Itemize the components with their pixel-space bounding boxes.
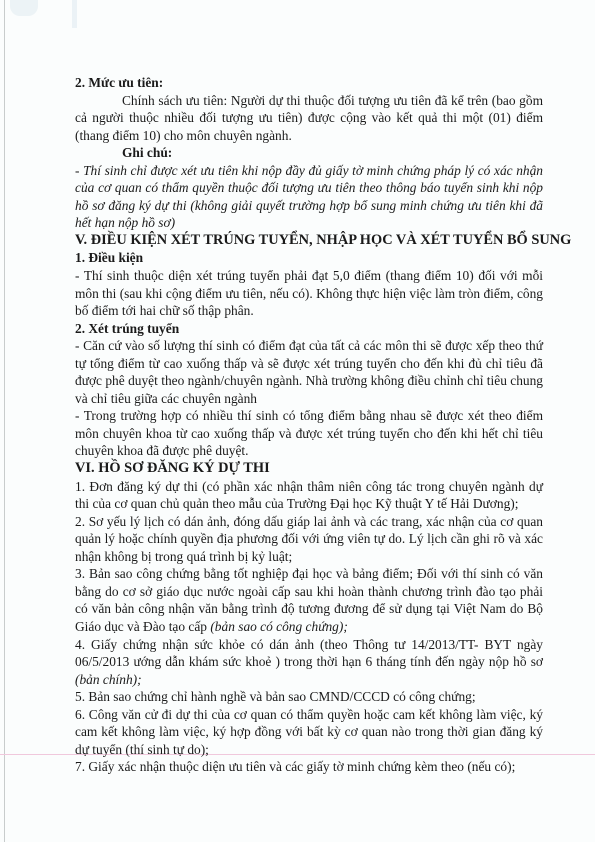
dossier-item-text: 4. Giấy chứng nhận sức khỏe có dán ảnh (… <box>75 637 543 670</box>
document-page: 2. Mức ưu tiên: Chính sách ưu tiên: Ngườ… <box>75 74 543 776</box>
admission-paragraph: - Căn cứ vào số lượng thí sinh có điểm đ… <box>75 337 543 407</box>
dossier-item-text: 7. Giấy xác nhận thuộc diện ưu tiên và c… <box>75 759 515 774</box>
dossier-item: 6. Công văn cử đi dự thi của cơ quan có … <box>75 706 543 759</box>
section-v-heading: V. ĐIỀU KIỆN XÉT TRÚNG TUYỂN, NHẬP HỌC V… <box>75 232 543 250</box>
dossier-item: 3. Bản sao công chứng bằng tốt nghiệp đạ… <box>75 565 543 635</box>
conditions-heading: 1. Điều kiện <box>75 249 543 267</box>
note-label: Ghi chú: <box>75 144 543 162</box>
dossier-item: 1. Đơn đăng ký dự thi (có phần xác nhận … <box>75 478 543 513</box>
dossier-item: 5. Bản sao chứng chỉ hành nghề và bản sa… <box>75 688 543 706</box>
conditions-text: - Thí sinh thuộc diện xét trúng tuyển ph… <box>75 267 543 320</box>
priority-policy-text: Chính sách ưu tiên: Người dự thi thuộc đ… <box>75 92 543 145</box>
dossier-item-text: 2. Sơ yếu lý lịch có dán ảnh, đóng dấu g… <box>75 514 543 564</box>
dossier-list: 1. Đơn đăng ký dự thi (có phần xác nhận … <box>75 478 543 776</box>
scan-artifact <box>72 0 77 28</box>
priority-heading: 2. Mức ưu tiên: <box>75 74 543 92</box>
dossier-item-note: (bản sao có công chứng); <box>210 619 347 634</box>
admission-heading: 2. Xét trúng tuyển <box>75 320 543 338</box>
dossier-item-text: 6. Công văn cử đi dự thi của cơ quan có … <box>75 707 543 757</box>
scan-edge-line <box>4 0 5 842</box>
dossier-item: 4. Giấy chứng nhận sức khỏe có dán ảnh (… <box>75 636 543 689</box>
dossier-item-note: (bản chính); <box>75 672 142 687</box>
dossier-item-text: 5. Bản sao chứng chỉ hành nghề và bản sa… <box>75 689 476 704</box>
dossier-item: 7. Giấy xác nhận thuộc diện ưu tiên và c… <box>75 758 543 776</box>
admission-paragraph: - Trong trường hợp có nhiều thí sinh có … <box>75 407 543 460</box>
dossier-item-text: 1. Đơn đăng ký dự thi (có phần xác nhận … <box>75 479 543 512</box>
section-vi-heading: VI. HỒ SƠ ĐĂNG KÝ DỰ THI <box>75 460 543 478</box>
dossier-item: 2. Sơ yếu lý lịch có dán ảnh, đóng dấu g… <box>75 513 543 566</box>
note-text: - Thí sinh chỉ được xét ưu tiên khi nộp … <box>75 162 543 232</box>
scan-artifact <box>10 0 38 16</box>
